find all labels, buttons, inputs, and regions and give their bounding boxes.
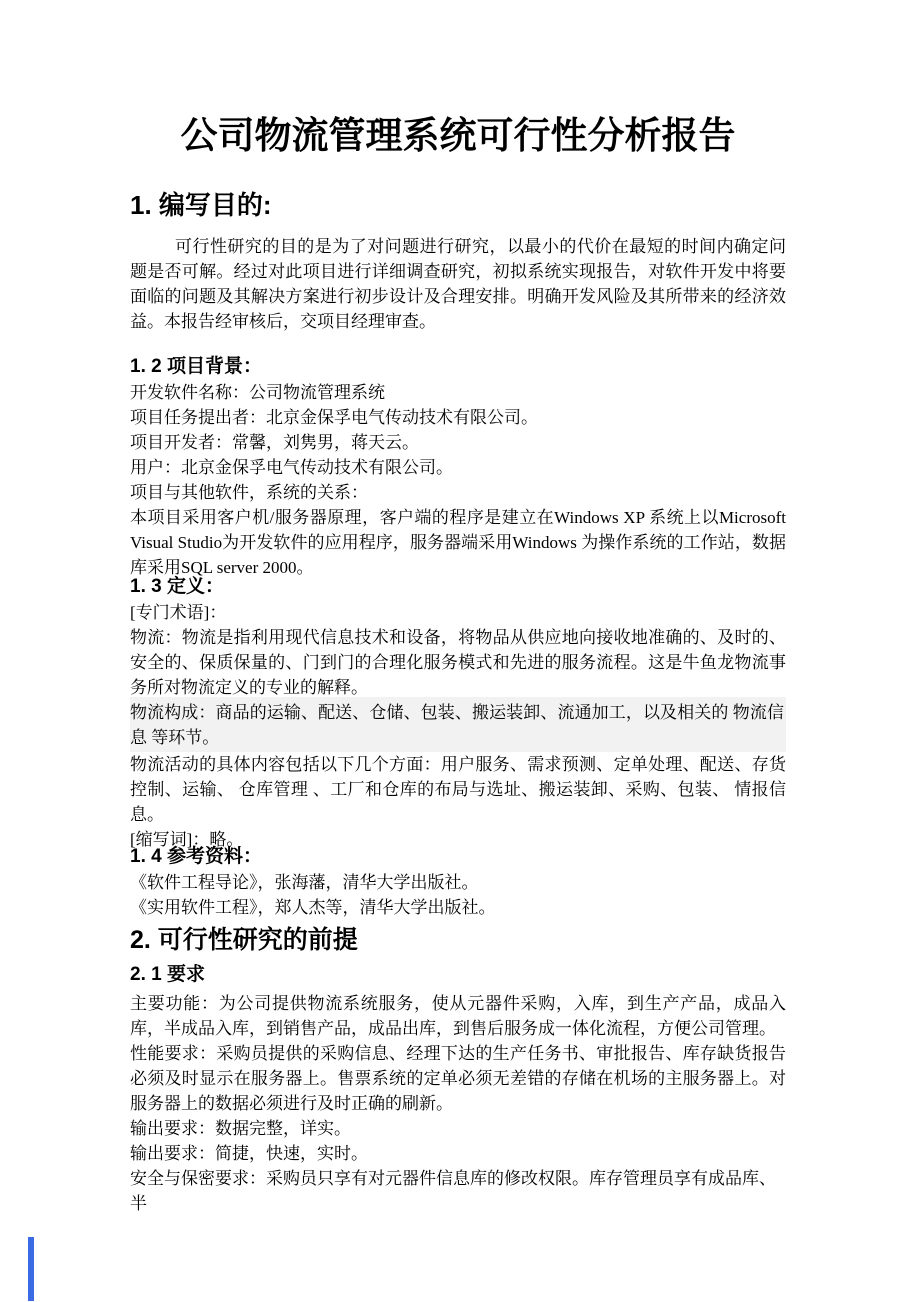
document-content: 公司物流管理系统可行性分析报告 1. 编写目的: 可行性研究的目的是为了对问题进… [130,0,786,1216]
relation-line: 项目与其他软件，系统的关系： [130,480,786,505]
section-1-2-paragraph: 本项目采用客户机/服务器原理，客户端的程序是建立在Windows XP 系统上以… [130,505,786,580]
section-2-heading: 2. 可行性研究的前提 [130,924,786,957]
section-2-1-heading: 2. 1 要求 [130,962,786,988]
text-cursor [28,1237,34,1301]
logistics-composition-highlighted-paragraph: 物流构成：商品的运输、配送、仓储、包装、搬运装卸、流通加工，以及相关的 物流信息… [130,697,786,752]
document-title: 公司物流管理系统可行性分析报告 [130,0,786,162]
section-1-paragraph: 可行性研究的目的是为了对问题进行研究，以最小的代价在最短的时间内确定问题是否可解… [130,234,786,334]
reference-item: 《软件工程导论》，张海藩，清华大学出版社。 [130,870,786,895]
section-1-2-heading: 1. 2 项目背景： [130,354,786,380]
software-name-line: 开发软件名称：公司物流管理系统 [130,380,786,405]
section-1-4-heading: 1. 4 参考资料： [130,844,786,870]
security-requirement-line: 安全与保密要求：采购员只享有对元器件信息库的修改权限。库存管理员享有成品库、半 [130,1166,786,1216]
developers-line: 项目开发者：常馨，刘隽男，蒋天云。 [130,430,786,455]
output-requirement-line: 输出要求：简捷，快速，实时。 [130,1141,786,1166]
logistics-activities-paragraph: 物流活动的具体内容包括以下几个方面：用户服务、需求预测、定单处理、配送、存货控制… [130,752,786,827]
user-line: 用户：北京金保孚电气传动技术有限公司。 [130,455,786,480]
output-requirement-line: 输出要求：数据完整，详实。 [130,1116,786,1141]
performance-requirements-paragraph: 性能要求：采购员提供的采购信息、经理下达的生产任务书、审批报告、库存缺货报告必须… [130,1041,786,1116]
main-functions-paragraph: 主要功能：为公司提供物流系统服务，使从元器件采购，入库，到生产产品，成品入库，半… [130,991,786,1041]
reference-item: 《实用软件工程》，郑人杰等，清华大学出版社。 [130,895,786,920]
section-1-heading: 1. 编写目的: [130,188,786,222]
terminology-label: [专门术语]： [130,600,786,625]
task-proposer-line: 项目任务提出者：北京金保孚电气传动技术有限公司。 [130,405,786,430]
document-page: 公司物流管理系统可行性分析报告 1. 编写目的: 可行性研究的目的是为了对问题进… [0,0,920,1302]
logistics-definition-paragraph: 物流：物流是指利用现代信息技术和设备，将物品从供应地向接收地准确的、及时的、安全… [130,625,786,700]
